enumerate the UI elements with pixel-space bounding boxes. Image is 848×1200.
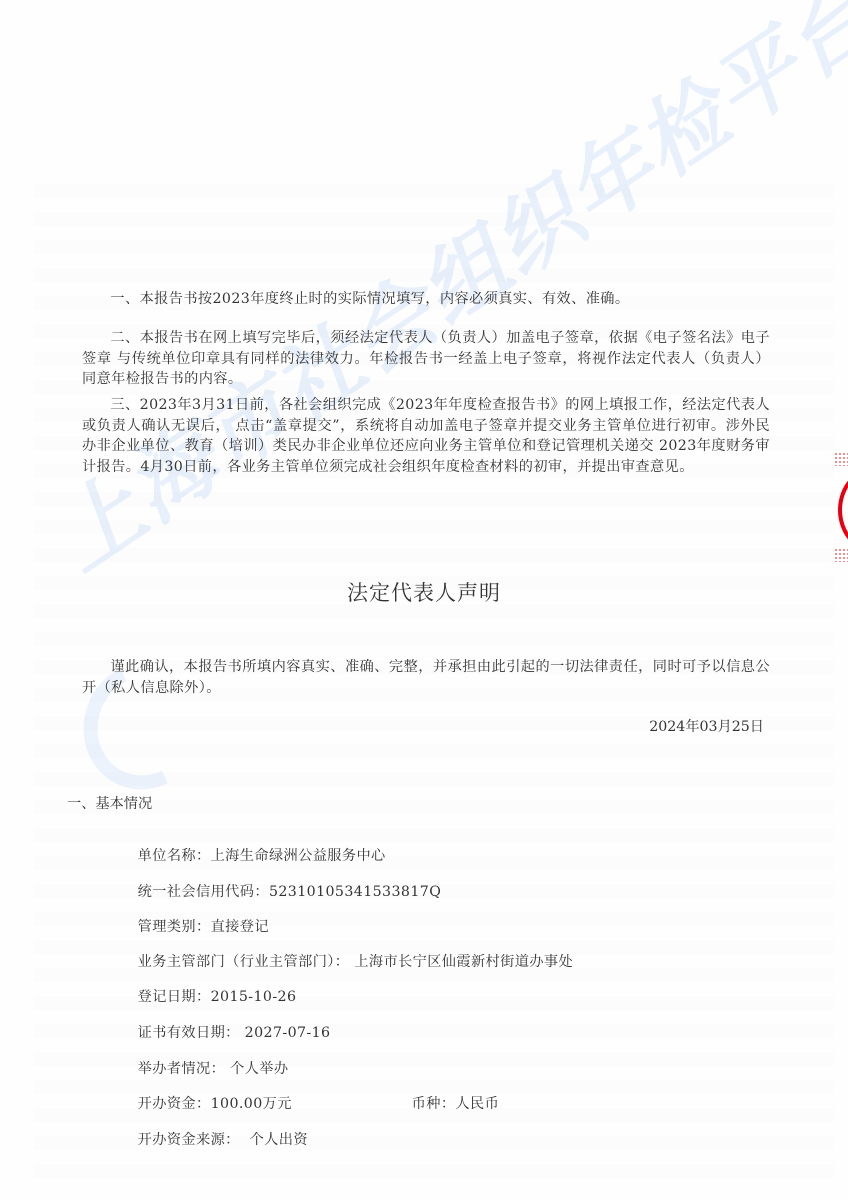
- field-value: 2027-07-16: [240, 1025, 331, 1041]
- field-label: 举办者情况：: [138, 1061, 226, 1077]
- field-value: 2015-10-26: [211, 989, 297, 1005]
- field-value: 上海生命绿洲公益服务中心: [211, 848, 386, 864]
- field-label: 开办资金来源：: [138, 1132, 240, 1148]
- instruction-item-3: 三、2023年3月31日前，各社会组织完成《2023年年度检查报告书》的网上填报…: [82, 395, 770, 477]
- field-label: 币种：: [412, 1096, 456, 1112]
- field-currency: 币种：人民币: [392, 1077, 499, 1129]
- field-value: 上海市长宁区仙霞新村街道办事处: [349, 954, 573, 970]
- declaration-title: 法定代表人声明: [0, 577, 848, 607]
- field-label: 登记日期：: [138, 989, 211, 1005]
- field-value: 个人出资: [240, 1132, 308, 1148]
- declaration-date: 2024年03月25日: [649, 716, 764, 736]
- field-label: 单位名称：: [138, 848, 211, 864]
- document-page: 上海市社会组织年检平台 一、本报告书按2023年度终止时的实际情况填写，内容必须…: [0, 0, 848, 1200]
- instruction-item-2: 二、本报告书在网上填写完毕后，须经法定代表人（负责人）加盖电子签章，依据《电子签…: [82, 328, 770, 390]
- watermark-text: 上海市社会组织年检平台: [25, 32, 774, 593]
- field-value: 52310105341533817Q: [269, 884, 441, 900]
- field-label: 业务主管部门（行业主管部门）：: [138, 954, 350, 970]
- field-label: 管理类别：: [138, 919, 211, 935]
- field-value: 人民币: [455, 1096, 499, 1112]
- seal-stamp-texture: [834, 452, 848, 466]
- field-value: 个人举办: [225, 1061, 288, 1077]
- declaration-body: 谨此确认，本报告书所填内容真实、准确、完整，并承担由此引起的一切法律责任，同时可…: [82, 657, 770, 698]
- field-label: 统一社会信用代码：: [138, 884, 269, 900]
- field-value: 直接登记: [211, 919, 269, 935]
- instruction-item-1: 一、本报告书按2023年度终止时的实际情况填写，内容必须真实、有效、准确。: [82, 289, 770, 310]
- field-label: 证书有效日期：: [138, 1025, 240, 1041]
- field-label: 开办资金：: [138, 1096, 211, 1112]
- seal-stamp-texture: [834, 548, 848, 562]
- field-capital-source: 开办资金来源： 个人出资: [118, 1113, 308, 1165]
- section-heading-basic-info: 一、基本情况: [67, 793, 152, 813]
- official-seal-icon: [838, 466, 848, 554]
- field-value: 100.00万元: [211, 1096, 292, 1112]
